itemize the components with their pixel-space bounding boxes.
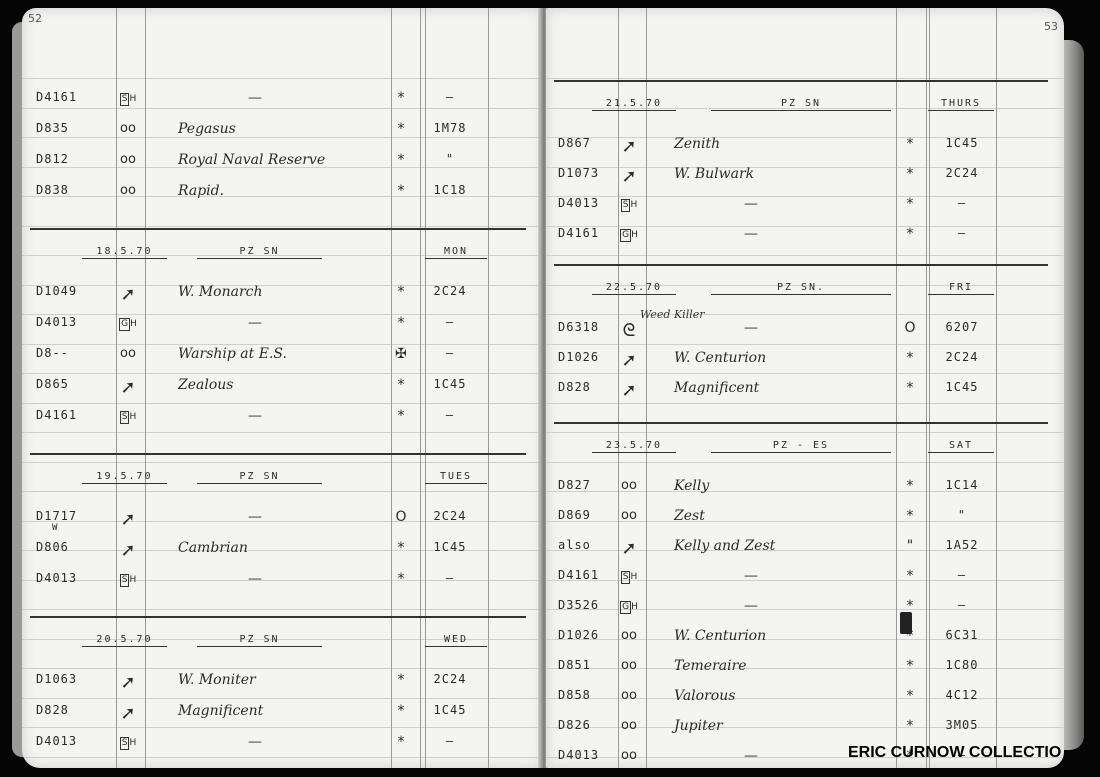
entry-mark: *: [389, 703, 413, 719]
entry-name: —: [248, 571, 262, 587]
section-header: 23.5.70PZ - ESSAT: [546, 434, 1064, 462]
entry-mark: *: [389, 408, 413, 424]
gh-box-icon: G: [119, 318, 130, 331]
entry-value: 6207: [932, 320, 992, 334]
entry-symbol: oo: [115, 183, 141, 198]
entry-code: also: [558, 538, 591, 552]
entry-code: D867: [558, 136, 591, 150]
entry-symbol: oo: [115, 152, 141, 167]
ruled-line: [22, 226, 542, 227]
entry-mark: *: [389, 152, 413, 168]
entry-code: D835: [36, 121, 69, 135]
entry-code: D4013: [558, 748, 599, 762]
log-entry: D4013SH—*—: [22, 730, 542, 758]
entry-code: D4013: [36, 315, 77, 329]
entry-code: D838: [36, 183, 69, 197]
entry-name: —: [248, 90, 262, 106]
entry-mark: *: [389, 672, 413, 688]
entry-symbol: ᘓ: [616, 320, 642, 341]
entry-value: 1C45: [420, 377, 480, 391]
entry-value: 6C31: [932, 628, 992, 642]
section-day: SAT: [928, 440, 994, 453]
entry-mark: *: [898, 478, 922, 494]
entry-mark: *: [389, 315, 413, 331]
entry-code: D869: [558, 508, 591, 522]
entry-value: 1C18: [420, 183, 480, 197]
entry-symbol: ➚: [115, 540, 141, 561]
log-entry: D858ooValorous*4C12: [546, 684, 1064, 712]
entry-mark: *: [389, 183, 413, 199]
entry-mark: *: [898, 568, 922, 584]
entry-value: 3M05: [932, 718, 992, 732]
log-entry: D826ooJupiter*3M05: [546, 714, 1064, 742]
log-entry: D865➚Zealous*1C45: [22, 373, 542, 401]
log-entry: D4161GH—*—: [546, 222, 1064, 250]
section-divider: [30, 453, 526, 455]
entry-value: 2C24: [932, 350, 992, 364]
entry-value: 1C14: [932, 478, 992, 492]
entry-name: Rapid.: [178, 183, 224, 199]
sh-box-icon: S: [621, 199, 631, 212]
double-o-icon: oo: [120, 346, 136, 361]
log-entry: D828➚Magnificent*1C45: [22, 699, 542, 727]
ruled-line: [546, 255, 1064, 256]
entry-mark: *: [898, 658, 922, 674]
right-page: 53 21.5.70PZ SNTHURSD867➚Zenith*1C45D107…: [546, 8, 1064, 768]
log-entry: D1049➚W. Monarch*2C24: [22, 280, 542, 308]
entry-symbol: ➚: [616, 380, 642, 401]
arrow-icon: ➚: [120, 703, 135, 724]
entry-value: 1C80: [932, 658, 992, 672]
entry-name: —: [744, 196, 758, 212]
section-date: 20.5.70: [82, 634, 167, 647]
double-o-icon: oo: [120, 152, 136, 167]
log-entry: D867➚Zenith*1C45: [546, 132, 1064, 160]
entry-mark: *: [389, 90, 413, 106]
log-entry: D4013SH—*—: [546, 192, 1064, 220]
log-entry: D812ooRoyal Naval Reserve*": [22, 148, 542, 176]
entry-value: 2C24: [420, 672, 480, 686]
section-header: 21.5.70PZ SNTHURS: [546, 92, 1064, 120]
page-number: 52: [28, 12, 42, 25]
entry-name: Temeraire: [674, 658, 747, 674]
entry-symbol: oo: [616, 658, 642, 673]
entry-symbol: oo: [616, 478, 642, 493]
sh-box-icon: S: [120, 574, 130, 587]
section-location: PZ SN: [197, 246, 322, 259]
log-entry: D851ooTemeraire*1C80: [546, 654, 1064, 682]
section-location: PZ - ES: [711, 440, 891, 453]
entry-symbol: oo: [616, 718, 642, 733]
entry-symbol: SH: [115, 571, 141, 587]
section-location: PZ SN: [711, 98, 891, 111]
entry-name: Jupiter: [674, 718, 723, 734]
entry-name: Warship at E.S.: [178, 346, 287, 362]
log-entry: D838ooRapid.*1C18: [22, 179, 542, 207]
entry-code: D826: [558, 718, 591, 732]
arrow-icon: ➚: [120, 377, 135, 398]
ink-blot: [900, 612, 912, 634]
double-o-icon: oo: [621, 688, 637, 703]
entry-name: Kelly: [674, 478, 709, 494]
section-date: 22.5.70: [592, 282, 676, 295]
entry-name: Royal Naval Reserve: [178, 152, 325, 168]
section-date: 18.5.70: [82, 246, 167, 259]
log-entry: D827ooKelly*1C14: [546, 474, 1064, 502]
entry-value: —: [420, 734, 480, 748]
entry-name: Zest: [674, 508, 705, 524]
section-day: WED: [425, 634, 487, 647]
entry-name: —: [744, 226, 758, 242]
entry-value: —: [420, 315, 480, 329]
entry-value: —: [932, 196, 992, 210]
section-divider: [30, 228, 526, 230]
entry-code: D1717: [36, 509, 77, 523]
entry-mark: *: [389, 571, 413, 587]
entry-symbol: GH: [616, 226, 642, 242]
entry-code: D828: [558, 380, 591, 394]
entry-value: 1C45: [420, 703, 480, 717]
log-entry: D4161SH—*—: [546, 564, 1064, 592]
entry-value: 1C45: [420, 540, 480, 554]
ruled-line: [22, 462, 542, 463]
entry-code: D4013: [36, 571, 77, 585]
ruled-line: [546, 314, 1064, 315]
entry-mark: *: [898, 688, 922, 704]
section-header: 22.5.70PZ SN.FRI: [546, 276, 1064, 304]
entry-code: D8--: [36, 346, 69, 360]
entry-symbol: oo: [115, 346, 141, 361]
entry-symbol: GH: [115, 315, 141, 331]
section-day: TUES: [425, 471, 487, 484]
entry-name: W. Moniter: [178, 672, 256, 688]
double-o-icon: oo: [621, 718, 637, 733]
ruled-line: [22, 609, 542, 610]
entry-symbol: ➚: [616, 350, 642, 371]
log-entry: D4013SH—*—: [22, 567, 542, 595]
entry-value: 4C12: [932, 688, 992, 702]
log-entry: D4161SH—*—: [22, 404, 542, 432]
entry-mark: *: [898, 718, 922, 734]
entry-code: D1073: [558, 166, 599, 180]
log-entry: D1026➚W. Centurion*2C24: [546, 346, 1064, 374]
entry-name: Valorous: [674, 688, 735, 704]
entry-symbol: ➚: [616, 538, 642, 559]
entry-mark: *: [898, 350, 922, 366]
entry-mark: ✠: [389, 346, 413, 362]
entry-value: —: [420, 346, 480, 360]
log-entry: D3526GH—*—: [546, 594, 1064, 622]
entry-name: Magnificent: [674, 380, 759, 396]
arrow-icon: ➚: [120, 672, 135, 693]
entry-code: D4161: [36, 90, 77, 104]
entry-mark: O: [898, 320, 922, 336]
entry-symbol: ➚: [616, 136, 642, 157]
double-o-icon: oo: [621, 628, 637, 643]
log-entry: D6318ᘓ—O6207Weed Killer: [546, 316, 1064, 344]
entry-symbol: ➚: [115, 509, 141, 530]
entry-symbol: SH: [115, 734, 141, 750]
log-entry: also➚Kelly and Zest"1A52: [546, 534, 1064, 562]
ruled-line: [22, 432, 542, 433]
entry-value: —: [932, 598, 992, 612]
sh-box-icon: S: [621, 571, 631, 584]
entry-symbol: oo: [616, 628, 642, 643]
section-header: 20.5.70PZ SNWED: [22, 628, 542, 656]
sh-box-icon: S: [120, 93, 130, 106]
entry-code: D4161: [36, 408, 77, 422]
ruled-line: [546, 78, 1064, 79]
section-divider: [30, 616, 526, 618]
entry-code: D1049: [36, 284, 77, 298]
entry-symbol: ➚: [115, 703, 141, 724]
ruled-line: [546, 432, 1064, 433]
section-location: PZ SN: [197, 471, 322, 484]
log-entry: D835ooPegasus*1M78: [22, 117, 542, 145]
double-o-icon: oo: [120, 121, 136, 136]
entry-code: D806: [36, 540, 69, 554]
entry-code: D6318: [558, 320, 599, 334]
log-entry: D1717➚—O2C24W: [22, 505, 542, 533]
entry-mark: *: [898, 166, 922, 182]
section-day: MON: [425, 246, 487, 259]
entry-symbol: oo: [616, 748, 642, 763]
left-page: 52 D4161SH—*—D835ooPegasus*1M78D812ooRoy…: [22, 8, 542, 768]
double-o-icon: oo: [621, 508, 637, 523]
entry-code: D4013: [558, 196, 599, 210]
arrow-icon: ➚: [120, 540, 135, 561]
entry-mark: *: [898, 136, 922, 152]
entry-mark: *: [898, 508, 922, 524]
entry-code: D827: [558, 478, 591, 492]
entry-name: —: [248, 315, 262, 331]
section-header: 18.5.70PZ SNMON: [22, 240, 542, 268]
section-divider: [554, 264, 1048, 266]
entry-name: Cambrian: [178, 540, 248, 556]
log-entry: D1073➚W. Bulwark*2C24: [546, 162, 1064, 190]
log-entry: D869ooZest*": [546, 504, 1064, 532]
entry-name: —: [744, 598, 758, 614]
entry-code: D3526: [558, 598, 599, 612]
arrow-icon: ➚: [120, 284, 135, 305]
entry-value: 1M78: [420, 121, 480, 135]
arrow-icon: ➚: [621, 538, 636, 559]
log-entry: D8--ooWarship at E.S.✠—: [22, 342, 542, 370]
entry-symbol: SH: [616, 196, 642, 212]
section-location: PZ SN: [197, 634, 322, 647]
entry-name: W. Centurion: [674, 628, 766, 644]
section-date: 19.5.70: [82, 471, 167, 484]
entry-mark: *: [898, 226, 922, 242]
entry-value: —: [932, 226, 992, 240]
entry-value: ": [420, 152, 480, 166]
entry-symbol: SH: [616, 568, 642, 584]
section-date: 23.5.70: [592, 440, 676, 453]
entry-name: —: [744, 748, 758, 764]
entry-mark: *: [389, 121, 413, 137]
page-number: 53: [1044, 20, 1058, 33]
double-o-icon: oo: [120, 183, 136, 198]
double-o-icon: oo: [621, 748, 637, 763]
entry-code: D828: [36, 703, 69, 717]
entry-name: —: [248, 734, 262, 750]
section-date: 21.5.70: [592, 98, 676, 111]
entry-name: W. Bulwark: [674, 166, 754, 182]
arrow-icon: ➚: [621, 350, 636, 371]
entry-symbol: ➚: [115, 284, 141, 305]
entry-name: —: [248, 408, 262, 424]
entry-value: 2C24: [420, 284, 480, 298]
arrow-icon: ➚: [621, 380, 636, 401]
entry-code: D1026: [558, 350, 599, 364]
gh-box-icon: G: [620, 229, 631, 242]
entry-name: Pegasus: [178, 121, 236, 137]
entry-code: D812: [36, 152, 69, 166]
gh-box-icon: G: [620, 601, 631, 614]
entry-mark: *: [898, 196, 922, 212]
entry-code: D4013: [36, 734, 77, 748]
sh-box-icon: S: [120, 737, 130, 750]
entry-symbol: SH: [115, 90, 141, 106]
entry-mark: *: [389, 540, 413, 556]
entry-annotation: Weed Killer: [640, 308, 705, 321]
entry-mark: *: [389, 377, 413, 393]
section-day: FRI: [928, 282, 994, 295]
entry-symbol: ➚: [616, 166, 642, 187]
ruled-line: [22, 78, 542, 79]
entry-symbol: GH: [616, 598, 642, 614]
entry-code: D851: [558, 658, 591, 672]
entry-value: 1A52: [932, 538, 992, 552]
entry-symbol: oo: [115, 121, 141, 136]
entry-value: —: [420, 90, 480, 104]
entry-code: D4161: [558, 226, 599, 240]
log-entry: D1063➚W. Moniter*2C24: [22, 668, 542, 696]
log-entry: D1026ooW. Centurion*6C31: [546, 624, 1064, 652]
ruled-line: [22, 727, 542, 728]
section-day: THURS: [928, 98, 994, 111]
entry-mark: *: [898, 380, 922, 396]
arrow-icon: ➚: [120, 509, 135, 530]
entry-name: W. Centurion: [674, 350, 766, 366]
entry-code: D865: [36, 377, 69, 391]
entry-symbol: oo: [616, 688, 642, 703]
entry-name: —: [744, 320, 758, 336]
section-location: PZ SN.: [711, 282, 891, 295]
entry-name: Zealous: [178, 377, 233, 393]
collection-watermark: ERIC CURNOW COLLECTIO: [848, 744, 1061, 762]
entry-name: —: [248, 509, 262, 525]
entry-code: D4161: [558, 568, 599, 582]
entry-value: 2C24: [932, 166, 992, 180]
section-divider: [554, 422, 1048, 424]
arrow-icon: ➚: [621, 136, 636, 157]
log-entry: D828➚Magnificent*1C45: [546, 376, 1064, 404]
entry-value: 2C24: [420, 509, 480, 523]
entry-name: Kelly and Zest: [674, 538, 775, 554]
log-entry: D806➚Cambrian*1C45: [22, 536, 542, 564]
entry-name: Magnificent: [178, 703, 263, 719]
entry-value: ": [932, 508, 992, 522]
entry-mark: O: [389, 509, 413, 525]
double-o-icon: oo: [621, 478, 637, 493]
entry-symbol: ➚: [115, 672, 141, 693]
entry-mark: *: [389, 284, 413, 300]
entry-name: —: [744, 568, 758, 584]
entry-value: —: [932, 568, 992, 582]
entry-code: D858: [558, 688, 591, 702]
section-header: 19.5.70PZ SNTUES: [22, 465, 542, 493]
entry-name: W. Monarch: [178, 284, 263, 300]
log-entry: D4013GH—*—: [22, 311, 542, 339]
entry-value: —: [420, 408, 480, 422]
loop-icon: ᘓ: [623, 320, 636, 341]
entry-value: —: [420, 571, 480, 585]
entry-value: 1C45: [932, 136, 992, 150]
entry-code: D1063: [36, 672, 77, 686]
entry-symbol: oo: [616, 508, 642, 523]
entry-symbol: ➚: [115, 377, 141, 398]
entry-symbol: SH: [115, 408, 141, 424]
entry-code: D1026: [558, 628, 599, 642]
arrow-icon: ➚: [621, 166, 636, 187]
entry-mark: ": [898, 538, 922, 554]
sh-box-icon: S: [120, 411, 130, 424]
entry-mark: *: [389, 734, 413, 750]
entry-subscript: W: [52, 523, 58, 533]
double-o-icon: oo: [621, 658, 637, 673]
section-divider: [554, 80, 1048, 82]
log-entry: D4161SH—*—: [22, 86, 542, 114]
entry-name: Zenith: [674, 136, 720, 152]
entry-value: 1C45: [932, 380, 992, 394]
